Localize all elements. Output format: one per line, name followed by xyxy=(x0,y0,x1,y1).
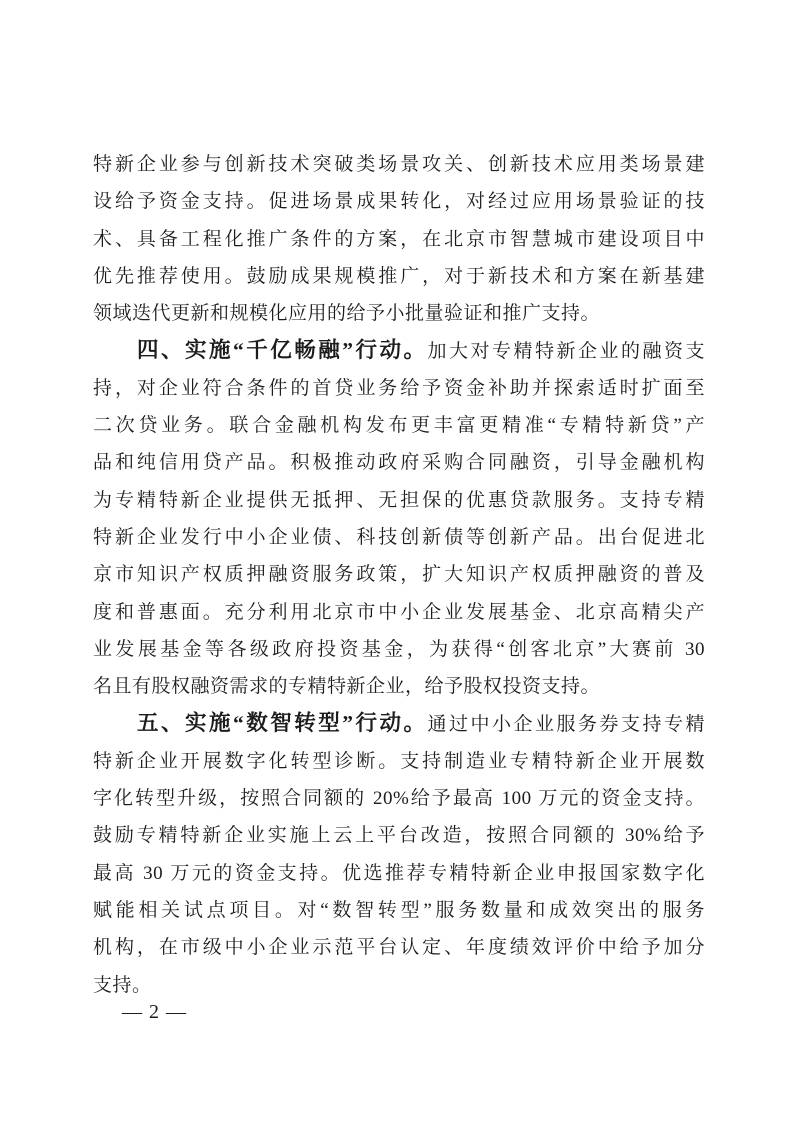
text-run: 加大对专精特新企业的融资支 xyxy=(428,341,706,362)
page-number: — 2 — xyxy=(122,1000,187,1024)
text-line: 为专精特新企业提供无抵押、无担保的优惠贷款服务。支持专精 xyxy=(93,482,705,519)
text-line: 特新企业发行中小企业债、科技创新债等创新产品。出台促进北 xyxy=(93,519,705,556)
text-line: 支持。 xyxy=(93,967,705,1004)
text-line: 京市知识产权质押融资服务政策，扩大知识产权质押融资的普及 xyxy=(93,556,705,593)
text-line: 度和普惠面。充分利用北京市中小企业发展基金、北京高精尖产 xyxy=(93,594,705,631)
text-line: 机构，在市级中小企业示范平台认定、年度绩效评价中给予加分 xyxy=(93,929,705,966)
text-line: 持，对企业符合条件的首贷业务给予资金补助并探索适时扩面至 xyxy=(93,370,705,407)
text-line: 品和纯信用贷产品。积极推动政府采购合同融资，引导金融机构 xyxy=(93,444,705,481)
text-line: 领域迭代更新和规模化应用的给予小批量验证和推广支持。 xyxy=(93,295,705,332)
section-5-heading: 五、实施“数智转型”行动。 xyxy=(137,711,428,735)
paragraph-section-4: 四、实施“千亿畅融”行动。加大对专精特新企业的融资支 持，对企业符合条件的首贷业… xyxy=(93,332,705,705)
text-run: 通过中小企业服务券支持专精 xyxy=(428,714,706,735)
text-line: 术、具备工程化推广条件的方案，在北京市智慧城市建设项目中 xyxy=(93,221,705,258)
text-line: 最高 30 万元的资金支持。优选推荐专精特新企业申报国家数字化 xyxy=(93,855,705,892)
text-line: 赋能相关试点项目。对“数智转型”服务数量和成效突出的服务 xyxy=(93,892,705,929)
text-line: 特新企业参与创新技术突破类场景攻关、创新技术应用类场景建 xyxy=(93,146,705,183)
text-line: 特新企业开展数字化转型诊断。支持制造业专精特新企业开展数 xyxy=(93,743,705,780)
paragraph-section-5: 五、实施“数智转型”行动。通过中小企业服务券支持专精 特新企业开展数字化转型诊断… xyxy=(93,705,705,1003)
paragraph-continuation: 特新企业参与创新技术突破类场景攻关、创新技术应用类场景建 设给予资金支持。促进场… xyxy=(93,146,705,332)
text-line: 五、实施“数智转型”行动。通过中小企业服务券支持专精 xyxy=(93,705,705,742)
text-line: 优先推荐使用。鼓励成果规模推广，对于新技术和方案在新基建 xyxy=(93,258,705,295)
text-line: 业发展基金等各级政府投资基金，为获得“创客北京”大赛前 30 xyxy=(93,631,705,668)
document-body: 特新企业参与创新技术突破类场景攻关、创新技术应用类场景建 设给予资金支持。促进场… xyxy=(93,146,705,1004)
text-line: 二次贷业务。联合金融机构发布更丰富更精准“专精特新贷”产 xyxy=(93,407,705,444)
text-line: 设给予资金支持。促进场景成果转化，对经过应用场景验证的技 xyxy=(93,183,705,220)
text-line: 鼓励专精特新企业实施上云上平台改造，按照合同额的 30%给予 xyxy=(93,817,705,854)
text-line: 名且有股权融资需求的专精特新企业，给予股权投资支持。 xyxy=(93,668,705,705)
text-line: 四、实施“千亿畅融”行动。加大对专精特新企业的融资支 xyxy=(93,332,705,369)
text-line: 字化转型升级，按照合同额的 20%给予最高 100 万元的资金支持。 xyxy=(93,780,705,817)
section-4-heading: 四、实施“千亿畅融”行动。 xyxy=(137,338,428,362)
document-page: 特新企业参与创新技术突破类场景攻关、创新技术应用类场景建 设给予资金支持。促进场… xyxy=(0,0,793,1122)
